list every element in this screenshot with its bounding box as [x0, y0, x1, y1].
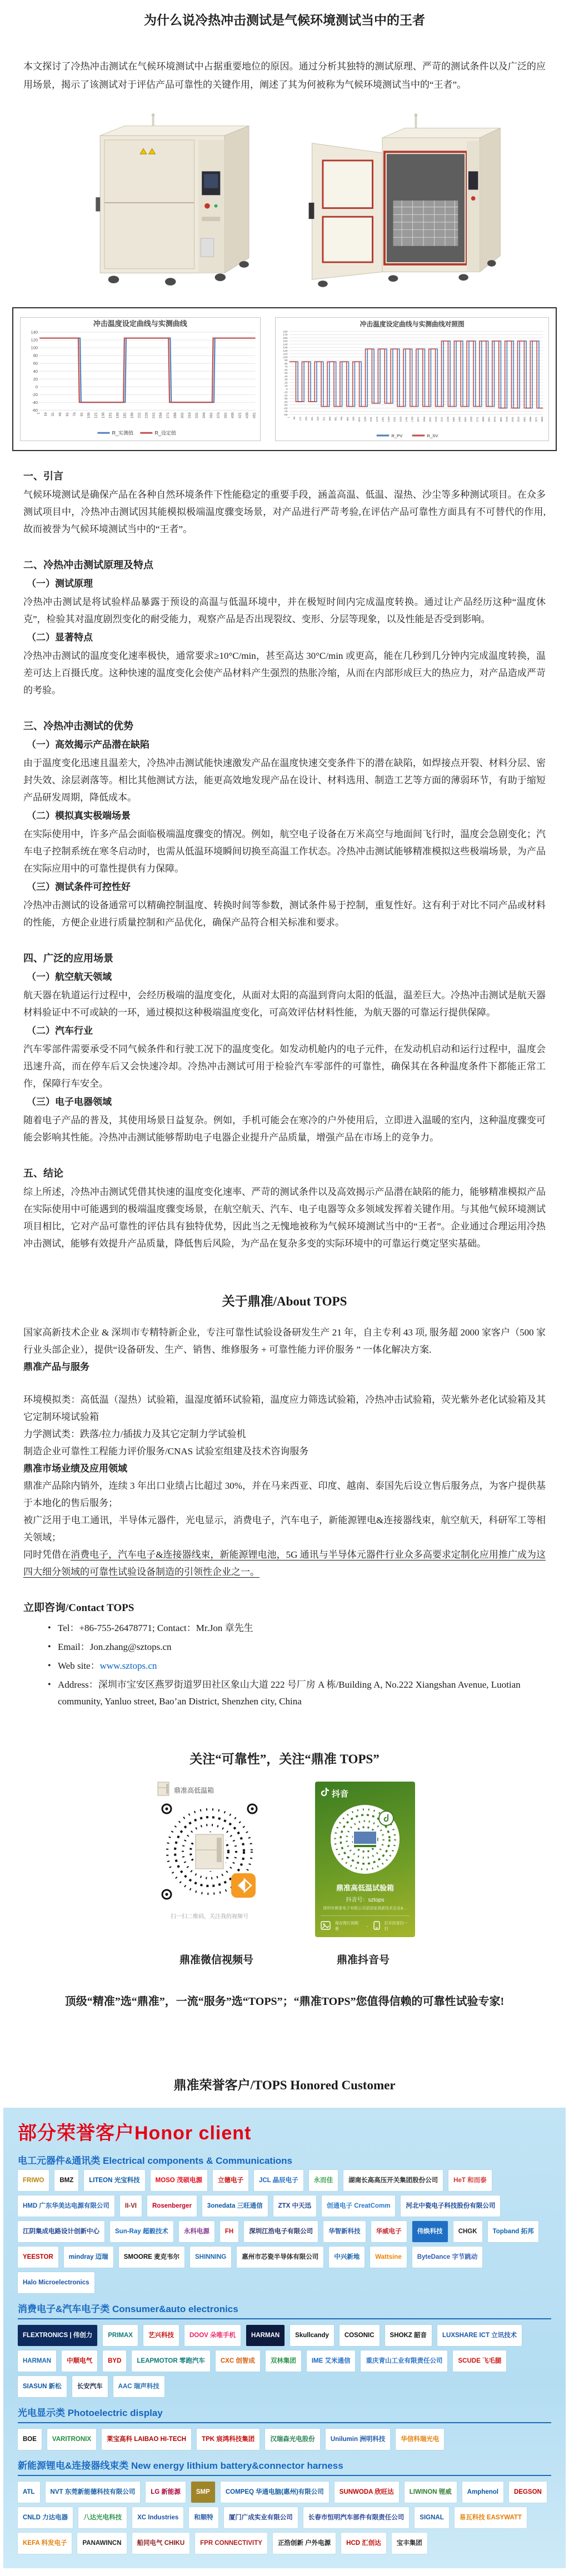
client-logo: 创通电子 CreatComm	[322, 2195, 395, 2217]
wechat-scan-hint: 扫一扫二维码，关注我的视频号	[154, 1912, 265, 1920]
svg-text:80: 80	[284, 362, 288, 366]
client-logo: 八达光电科技	[78, 2507, 127, 2528]
client-logo: SHINNING	[190, 2247, 231, 2268]
svg-text:140: 140	[283, 343, 287, 346]
wechat-caption: 鼎准微信视频号	[179, 1952, 253, 1967]
svg-text:1616: 1616	[399, 417, 402, 422]
svg-text:226: 226	[144, 412, 148, 418]
client-logo: 正浩创新 户外电源	[273, 2533, 336, 2554]
article-page: 为什么说冷热冲击测试是气候环境测试当中的王者 本文探讨了冷热冲击测试在气候环境测…	[0, 0, 569, 2576]
svg-text:851: 851	[346, 417, 348, 421]
svg-text:3061: 3061	[499, 417, 502, 422]
honored-customer-heading: 鼎准荣誉客户/TOPS Honored Customer	[0, 2075, 569, 2093]
svg-text:-10: -10	[283, 391, 287, 394]
client-logo: 3onedata 三旺通信	[202, 2195, 268, 2217]
section-heading: （三）测试条件可控性好	[23, 878, 546, 896]
svg-text:61: 61	[66, 412, 69, 417]
svg-text:-40: -40	[32, 400, 38, 405]
client-logo: ATL	[18, 2482, 40, 2503]
svg-text:76: 76	[73, 412, 77, 417]
client-logo: 重庆青山工业有限责任公司	[361, 2350, 447, 2372]
client-logo: Wattsine	[370, 2247, 407, 2268]
banner-section-label: 消费电子&汽车电子类 Consumer&auto electronics	[18, 2301, 551, 2315]
svg-text:-60: -60	[32, 408, 38, 413]
client-logo: 永科电源	[179, 2221, 214, 2242]
svg-text:80: 80	[33, 353, 38, 358]
client-logo: 华智新科技	[323, 2221, 366, 2242]
section-heading: （二）模拟真实极端场景	[23, 807, 546, 824]
contact-item: Address：深圳市宝安区燕罗街道罗田社区象山大道 222 号厂房 A 栋/B…	[48, 1677, 546, 1710]
svg-text:436: 436	[246, 412, 249, 418]
svg-text:-30: -30	[283, 397, 287, 401]
douyin-card: 抖音	[315, 1782, 415, 1937]
svg-text:376: 376	[217, 412, 221, 418]
save-image-icon	[321, 1921, 331, 1931]
client-logo: PANAWINCN	[77, 2533, 126, 2554]
client-logo: YEESTOR	[18, 2247, 58, 2268]
svg-text:2041: 2041	[428, 417, 431, 422]
douyin-qr-code	[330, 1804, 401, 1878]
about-paragraph-underlined: 同时凭借在消费电子，汽车电子&连接器线束，新能源锂电池，5G 通讯与半导体元器件…	[23, 1546, 546, 1580]
svg-text:1: 1	[287, 417, 290, 418]
client-logo: LG 新能源	[146, 2482, 186, 2503]
about-paragraph: 被广泛用于电工通讯，半导体元器件，光电显示，消费电子，汽车电子，新能源锂电&连接…	[23, 1512, 546, 1546]
client-logo: FH	[220, 2221, 238, 2242]
svg-text:1701: 1701	[405, 417, 408, 422]
svg-text:40: 40	[284, 375, 288, 378]
svg-text:3231: 3231	[511, 417, 514, 422]
svg-text:1956: 1956	[422, 417, 425, 422]
svg-text:100: 100	[283, 356, 287, 359]
about-paragraph: 环境模拟类：高低温（湿热）试验箱，温湿度循环试验箱，温度应力筛选试验箱，冷热冲击…	[23, 1391, 546, 1425]
svg-text:50: 50	[284, 372, 288, 375]
svg-text:2636: 2636	[470, 417, 472, 422]
svg-text:2721: 2721	[476, 417, 478, 422]
douyin-title: 鼎准高低温试验箱	[321, 1882, 410, 1893]
client-logo: COSONIC	[340, 2325, 380, 2346]
svg-text:136: 136	[102, 412, 106, 418]
chart-shock-comparison: 冲击温度设定曲线与实测曲线对照图180170160150140130120110…	[275, 317, 549, 441]
svg-text:60: 60	[284, 368, 288, 372]
client-logo: AAC 瑞声科技	[113, 2376, 164, 2397]
svg-text:20: 20	[33, 377, 38, 382]
client-logo: 双林集团	[266, 2350, 301, 2372]
svg-text:3401: 3401	[523, 417, 526, 422]
section-heading: （一）航空航天领域	[23, 968, 546, 986]
article-paragraph: 由于温度变化迅速且温差大，冷热冲击测试能快速激发产品在温度快速交变条件下的潜在缺…	[23, 754, 546, 806]
client-logo: 河北中瓷电子科技股份有限公司	[401, 2195, 500, 2217]
svg-text:130: 130	[283, 346, 287, 349]
svg-text:346: 346	[202, 412, 206, 418]
svg-text:3316: 3316	[517, 417, 520, 422]
svg-text:31: 31	[51, 412, 55, 417]
svg-text:406: 406	[231, 412, 235, 418]
client-logo: VARITRONIX	[47, 2429, 96, 2450]
about-paragraph: 国家高新技术企业 & 深圳市专精特新企业，专注可靠性试验设备研发生产 21 年，…	[23, 1324, 546, 1358]
about-paragraph: 力学测试类：跌落/拉力/插拔力及其它定制力学试验机	[23, 1425, 546, 1443]
client-logo: BMZ	[54, 2170, 78, 2191]
section-heading: 五、结论	[23, 1165, 546, 1182]
section-divider	[18, 2475, 551, 2476]
client-logo: SIASUN 新松	[18, 2376, 67, 2397]
logo-wall: FRIWOBMZLITEON 光宝科技MOSO 茂硕电源立德电子JCL 晶辰电子…	[18, 2170, 551, 2293]
douyin-caption: 鼎准抖音号	[337, 1952, 390, 1967]
svg-text:766: 766	[340, 417, 343, 421]
client-logo: 华信科瑞光电	[396, 2429, 444, 2450]
client-logo: DEGSON	[509, 2482, 547, 2503]
svg-text:150: 150	[283, 340, 287, 343]
client-logo: 艺兴科技	[143, 2325, 179, 2346]
svg-text:2551: 2551	[464, 417, 467, 422]
section-divider	[18, 2422, 551, 2423]
svg-text:1191: 1191	[370, 417, 372, 422]
chart-shock-set-vs-measured: 冲击温度设定曲线与实测曲线140120100806040200-20-40-60…	[20, 317, 261, 441]
slogan: 顶级“精准”选“鼎准”，一流“服务”选“TOPS”；“鼎准TOPS”您值得信赖的…	[11, 1992, 558, 2008]
client-logo: FRIWO	[18, 2170, 49, 2191]
svg-text:2891: 2891	[487, 417, 490, 422]
svg-text:391: 391	[224, 412, 228, 418]
client-logo: PRIMAX	[103, 2325, 138, 2346]
client-logo: NVT 东莞新能德科技有限公司	[46, 2482, 141, 2503]
svg-text:170: 170	[283, 333, 287, 337]
svg-text:681: 681	[334, 417, 337, 421]
client-logo: LIWINON 锂威	[405, 2482, 457, 2503]
section-heading: 一、引言	[23, 468, 546, 485]
arrow-right-icon: →	[365, 1924, 369, 1928]
svg-text:2976: 2976	[493, 417, 496, 422]
client-logo: 宝丰集团	[392, 2533, 427, 2554]
article-paragraph: 冷热冲击测试的设备通常可以精确控制温度、转换时间等参数，测试条件易于控制，重复性…	[23, 897, 546, 931]
client-logo: HeT 和而泰	[448, 2170, 491, 2191]
client-logo: 江阴集成电路设计创新中心	[18, 2221, 104, 2242]
section-heading: （二）显著特点	[23, 629, 546, 646]
thermal-shock-chamber-closed-photo	[62, 108, 268, 292]
svg-text:106: 106	[87, 412, 91, 418]
contact-item: Tel：+86-755-26478771; Contact：Mr.Jon 章先生	[48, 1620, 546, 1637]
logo-wall: ATLNVT 东莞新能德科技有限公司LG 新能源SMPCOMPEQ 华通电脑(惠…	[18, 2482, 551, 2554]
client-logo: 长安汽车	[72, 2376, 108, 2397]
follow-heading: 关注“可靠性”，关注“鼎准 TOPS”	[0, 1749, 569, 1767]
chamber-thumbnail-icon	[157, 1782, 169, 1799]
svg-text:2296: 2296	[446, 417, 449, 422]
client-logo: COMPEQ 华通电脑(惠州)有限公司	[221, 2482, 329, 2503]
client-logo: LEAPMOTOR 零跑汽车	[132, 2350, 209, 2372]
banner-title: 部分荣誉客户Honor client	[18, 2118, 551, 2145]
svg-text:0: 0	[286, 388, 287, 391]
intro-paragraph: 本文探讨了冷热冲击测试在气候环境测试中占据重要地位的原因。通过分析其独特的测试原…	[23, 57, 546, 94]
svg-text:1106: 1106	[363, 417, 366, 422]
svg-text:10: 10	[284, 384, 288, 388]
about-section: 国家高新技术企业 & 深圳市专精特新企业，专注可靠性试验设备研发生产 21 年，…	[23, 1324, 546, 1580]
svg-text:241: 241	[152, 412, 156, 418]
svg-text:271: 271	[166, 412, 170, 418]
website-link[interactable]: www.sztops.cn	[100, 1660, 157, 1671]
client-logo: XC Industries	[132, 2507, 183, 2528]
client-logo: BYD	[103, 2350, 126, 2372]
temperature-charts-panel: 冲击温度设定曲线与实测曲线140120100806040200-20-40-60…	[12, 307, 557, 451]
client-logo: 汉瑞森光电股份	[265, 2429, 320, 2450]
client-logo: Topband 拓邦	[488, 2221, 539, 2242]
client-logo: 易瓦科技 EASYWATT	[455, 2507, 527, 2528]
about-subheading: 鼎准市场业绩及应用领域	[23, 1460, 546, 1477]
about-paragraph: 鼎准产品除内销外，连续 3 年出口业绩占比超过 30%，并在马来西亚、印度、越南…	[23, 1477, 546, 1512]
page-title: 为什么说冷热冲击测试是气候环境测试当中的王者	[0, 0, 569, 28]
banner-section-label: 光电显示类 Photoelectric display	[18, 2405, 551, 2419]
svg-text:R_SV: R_SV	[427, 433, 438, 438]
section-heading: 三、冷热冲击测试的优势	[23, 718, 546, 735]
svg-text:R_设定值: R_设定值	[154, 429, 176, 436]
svg-text:3656: 3656	[541, 417, 543, 422]
svg-text:3571: 3571	[535, 417, 537, 422]
svg-text:196: 196	[130, 412, 134, 418]
svg-text:120: 120	[31, 338, 38, 343]
svg-text:361: 361	[209, 412, 213, 418]
svg-text:-20: -20	[283, 394, 287, 397]
client-logo: Sun-Ray 超毅技术	[110, 2221, 173, 2242]
svg-text:180: 180	[283, 330, 287, 333]
client-logo: TPK 宸鸿科技集团	[197, 2429, 259, 2450]
svg-text:90: 90	[284, 359, 288, 362]
svg-text:20: 20	[284, 381, 288, 384]
honor-client-banner: 部分荣誉客户Honor client 电工元器件&通讯类 Electrical …	[3, 2108, 566, 2568]
client-logo: mindray 迈瑞	[64, 2247, 113, 2268]
svg-text:211: 211	[137, 412, 141, 418]
svg-text:110: 110	[283, 353, 287, 356]
banner-section-label: 新能源锂电&连接器线束类 New energy lithium battery&…	[18, 2458, 551, 2472]
client-logo: SIGNAL	[415, 2507, 448, 2528]
qr-codes: 鼎准高低温箱	[0, 1782, 569, 1937]
svg-text:160: 160	[283, 337, 287, 340]
client-logo: Skullcandy	[290, 2325, 334, 2346]
svg-text:171: 171	[298, 417, 301, 421]
svg-text:3486: 3486	[529, 417, 532, 422]
svg-text:2381: 2381	[452, 417, 455, 422]
client-logo: CHGK	[453, 2221, 482, 2242]
thermal-shock-chamber-open-photo	[301, 108, 507, 292]
client-logo: 惠州市芯瓷半导体有限公司	[237, 2247, 323, 2268]
client-logo: Amphenol	[462, 2482, 503, 2503]
client-logo: MOSO 茂硕电源	[151, 2170, 207, 2191]
logo-wall: BOEVARITRONIX莱宝高科 LAIBAO HI-TECHTPK 宸鸿科技…	[18, 2429, 551, 2450]
svg-text:-80: -80	[283, 413, 287, 417]
client-logo: JCL 晶辰电子	[254, 2170, 303, 2191]
section-heading: （二）汽车行业	[23, 1022, 546, 1039]
article-body: 一、引言气候环境测试是确保产品在各种自然环境条件下性能稳定的重要手段，涵盖高温、…	[23, 468, 546, 1252]
phone-scan-icon	[373, 1921, 380, 1931]
svg-text:冲击温度设定曲线与实测曲线对照图: 冲击温度设定曲线与实测曲线对照图	[360, 320, 464, 328]
article-paragraph: 冷热冲击测试是将试验样品暴露于预设的高温与低温环境中，并在极短时间内完成温度转换…	[23, 593, 546, 628]
client-logo: FPR CONNECTIVITY	[195, 2533, 267, 2554]
contact-item: Web site：www.sztops.cn	[48, 1658, 546, 1674]
contact-heading: 立即咨询/Contact TOPS	[23, 1599, 546, 1614]
article-paragraph: 汽车零部件需要承受不同气候条件和行驶工况下的温度变化。如发动机舱内的电子元件，在…	[23, 1041, 546, 1092]
client-logo: HARMAN	[18, 2350, 56, 2372]
banner-section-label: 电工元器件&通讯类 Electrical components & Commun…	[18, 2153, 551, 2167]
client-logo: 中顺电气	[62, 2350, 97, 2372]
svg-text:-60: -60	[283, 407, 287, 410]
client-logo: ByteDance 字节跳动	[412, 2247, 483, 2268]
contact-section: 立即咨询/Contact TOPS Tel：+86-755-26478771; …	[23, 1599, 546, 1710]
client-logo: LITEON 光宝科技	[84, 2170, 144, 2191]
client-logo: HCD 汇创达	[341, 2533, 386, 2554]
svg-text:0: 0	[36, 384, 38, 389]
client-logo: Unilumin 洲明科技	[326, 2429, 390, 2450]
article-paragraph: 气候环境测试是确保产品在各种自然环境条件下性能稳定的重要手段，涵盖高温、低温、湿…	[23, 486, 546, 538]
client-logo: 湖南长高高压开关集团股份公司	[343, 2170, 443, 2191]
svg-text:-40: -40	[283, 401, 287, 404]
svg-text:331: 331	[195, 412, 199, 418]
svg-text:R_实测值: R_实测值	[112, 429, 133, 436]
client-logo: 立德电子	[213, 2170, 248, 2191]
svg-text:16: 16	[44, 412, 48, 417]
section-heading: 二、冷热冲击测试原理及特点	[23, 557, 546, 574]
svg-text:1021: 1021	[358, 417, 361, 422]
client-logo: SMOORE 麦克韦尔	[119, 2247, 184, 2268]
client-logo: IME 艾米通信	[307, 2350, 356, 2372]
client-logo: DOOV 朵唯手机	[184, 2325, 241, 2346]
svg-text:936: 936	[352, 417, 355, 421]
svg-text:1871: 1871	[417, 417, 420, 422]
svg-text:R_PV: R_PV	[391, 433, 403, 438]
wechat-device-label: 鼎准高低温箱	[174, 1785, 214, 1795]
section-heading: （一）测试原理	[23, 575, 546, 592]
client-logo: 深圳江浩电子有限公司	[244, 2221, 318, 2242]
client-logo: 厦门广成实业有限公司	[224, 2507, 298, 2528]
client-logo: 船同电气 CHIKU	[132, 2533, 190, 2554]
about-heading: 关于鼎准/About TOPS	[0, 1291, 569, 1309]
client-logo: LUXSHARE ICT 立讯技术	[437, 2325, 522, 2346]
douyin-brand: 抖音	[332, 1788, 348, 1799]
douyin-footer-save: 保存图片到相册	[335, 1920, 361, 1932]
client-logo: 长春市恒明汽车部件有限责任公司	[303, 2507, 410, 2528]
svg-text:1446: 1446	[387, 417, 390, 422]
article-paragraph: 冷热冲击测试的温度变化速率极快，通常要求≥10°C/min，甚至高达 30°C/…	[23, 647, 546, 699]
svg-text:-70: -70	[283, 410, 287, 413]
svg-text:30: 30	[284, 378, 288, 382]
section-heading: （一）高效揭示产品潜在缺陷	[23, 736, 546, 753]
svg-text:40: 40	[33, 369, 38, 374]
client-logo: BOE	[18, 2429, 42, 2450]
client-logo: SCUDE 飞毛腿	[453, 2350, 506, 2372]
svg-text:301: 301	[181, 412, 184, 418]
client-logo: KEFA 科发电子	[18, 2533, 72, 2554]
svg-text:60: 60	[33, 361, 38, 366]
svg-text:316: 316	[188, 412, 192, 418]
svg-text:120: 120	[283, 349, 287, 353]
douyin-note: 深圳市鼎准电子有限公司是国家高新技术企业&…	[321, 1905, 410, 1911]
svg-text:冲击温度设定曲线与实测曲线: 冲击温度设定曲线与实测曲线	[93, 319, 188, 328]
client-logo: FLEXTRONICS | 伟创力	[18, 2325, 97, 2346]
client-logo: SMP	[191, 2482, 215, 2503]
client-logo: 华威电子	[371, 2221, 407, 2242]
svg-text:1: 1	[37, 412, 41, 414]
svg-text:2466: 2466	[458, 417, 461, 422]
client-logo: 中兴新地	[329, 2247, 365, 2268]
svg-text:46: 46	[58, 412, 62, 417]
svg-text:151: 151	[109, 412, 113, 418]
douyin-icon	[321, 1787, 330, 1799]
svg-text:2806: 2806	[482, 417, 485, 422]
svg-text:596: 596	[328, 417, 331, 421]
client-logo: II-VI	[120, 2195, 142, 2217]
client-logo: SUNWODA 欣旺达	[335, 2482, 399, 2503]
wechat-channels-card: 鼎准高低温箱	[154, 1782, 265, 1920]
svg-text:2211: 2211	[440, 417, 443, 422]
svg-text:-50: -50	[283, 404, 287, 407]
about-subheading: 鼎准产品与服务	[23, 1358, 546, 1375]
client-logo: Halo Microelectronics	[18, 2272, 94, 2293]
svg-text:1786: 1786	[411, 417, 413, 422]
article-paragraph: 在实际使用中，许多产品会面临极端温度骤变的情况。例如，航空电子设备在万米高空与地…	[23, 826, 546, 877]
svg-text:426: 426	[316, 417, 319, 421]
contact-list: Tel：+86-755-26478771; Contact：Mr.Jon 章先生…	[23, 1620, 546, 1710]
svg-text:121: 121	[94, 412, 98, 418]
svg-text:70: 70	[284, 366, 288, 369]
section-divider	[18, 2318, 551, 2319]
section-heading: 四、广泛的应用场景	[23, 950, 546, 967]
client-logo: HARMAN	[246, 2325, 284, 2346]
client-logo: CXC 创智成	[216, 2350, 260, 2372]
client-logo: ZTX 中天迅	[273, 2195, 316, 2217]
section-heading: （三）电子电器领域	[23, 1093, 546, 1111]
wechat-qr-code	[157, 1897, 262, 1907]
svg-text:1361: 1361	[381, 417, 384, 422]
client-logo: CNLD 力达电器	[18, 2507, 73, 2528]
equipment-photos	[0, 103, 569, 292]
svg-text:286: 286	[173, 412, 177, 418]
svg-text:2126: 2126	[435, 417, 437, 422]
svg-text:-20: -20	[32, 392, 38, 397]
svg-text:421: 421	[238, 412, 242, 418]
article-paragraph: 综上所述，冷热冲击测试凭借其快速的温度变化速率、严苛的测试条件以及高效揭示产品潜…	[23, 1183, 546, 1252]
client-logo: 永而佳	[309, 2170, 338, 2191]
svg-text:511: 511	[322, 417, 325, 421]
client-logo: 伟焕科技	[412, 2221, 448, 2242]
svg-text:256: 256	[305, 417, 307, 421]
svg-text:1531: 1531	[393, 417, 396, 422]
svg-text:1276: 1276	[375, 417, 378, 422]
svg-text:3146: 3146	[505, 417, 508, 422]
svg-text:91: 91	[80, 412, 84, 417]
svg-text:86: 86	[293, 417, 296, 419]
svg-text:451: 451	[253, 412, 257, 418]
douyin-account: 抖音号：sztops	[321, 1895, 410, 1903]
douyin-footer-open: 打开抖音扫一扫	[385, 1920, 410, 1932]
about-paragraph: 制造企业可靠性工程能力评价服务/CNAS 试验室组建及技术咨询服务	[23, 1443, 546, 1460]
svg-text:181: 181	[123, 412, 127, 418]
svg-text:100: 100	[31, 346, 38, 351]
client-logo: HMD 广东华美达电源有限公司	[18, 2195, 114, 2217]
article-paragraph: 航天器在轨道运行过程中，会经历极端的温度变化，从面对太阳的高温到背向太阳的低温，…	[23, 987, 546, 1021]
svg-text:140: 140	[31, 330, 38, 335]
svg-text:166: 166	[116, 412, 120, 418]
client-logo: 和顺特	[189, 2507, 218, 2528]
client-logo: 莱宝高科 LAIBAO HI-TECH	[102, 2429, 191, 2450]
svg-text:341: 341	[311, 417, 313, 421]
client-logo: SHOKZ 韶音	[385, 2325, 432, 2346]
logo-wall: FLEXTRONICS | 伟创力PRIMAX艺兴科技DOOV 朵唯手机HARM…	[18, 2325, 551, 2397]
client-logo: Rosenberger	[147, 2195, 197, 2217]
article-paragraph: 随着电子产品的普及，其使用场景日益复杂。例如，手机可能会在寒冷的户外使用后，立即…	[23, 1112, 546, 1146]
contact-item: Email：Jon.zhang@sztops.cn	[48, 1639, 546, 1655]
svg-text:256: 256	[159, 412, 163, 418]
